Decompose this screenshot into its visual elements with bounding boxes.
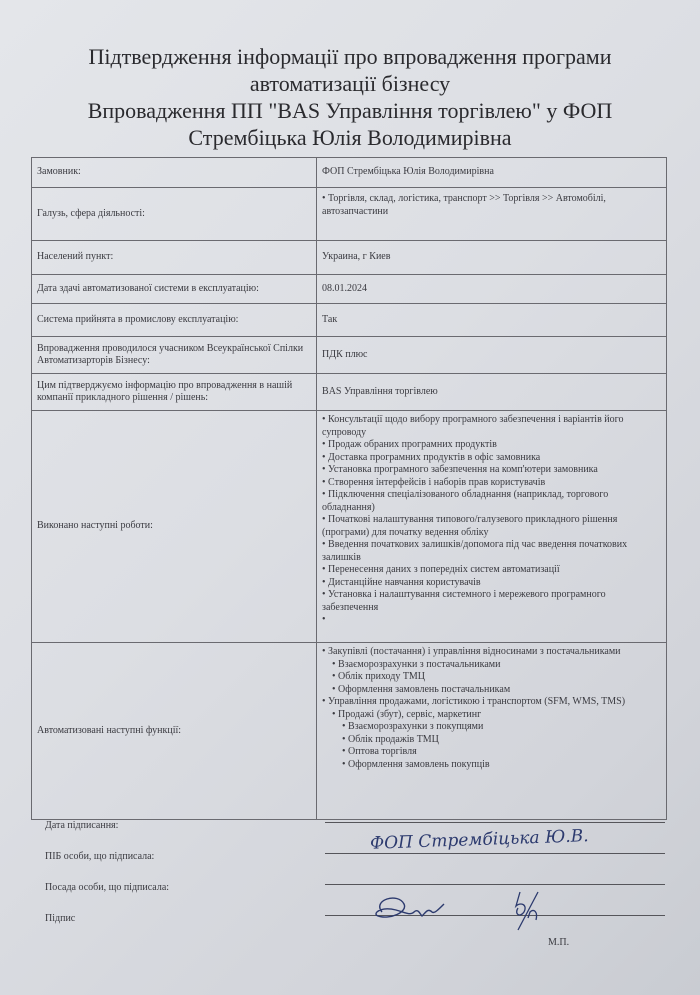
row-functions: Автоматизовані наступні функції: Закупів… [32, 643, 667, 820]
works-item: Введення початкових залишків/допомога пі… [322, 539, 661, 564]
stamp-label: М.П. [548, 937, 569, 948]
works-item [322, 614, 661, 627]
works-item: Консультації щодо вибору програмного заб… [322, 414, 661, 439]
signature-row: Підпис [45, 905, 665, 936]
function-item: Оформлення замовлень постачальникам [322, 684, 661, 697]
works-label: Виконано наступні роботи: [32, 411, 317, 643]
solution-label: Цим підтверджуємо інформацію про впровад… [32, 374, 317, 411]
function-item: Облік продажів ТМЦ [322, 734, 661, 747]
signature-label: Підпис [45, 913, 75, 924]
function-item: Взаєморозрахунки з постачальниками [322, 659, 661, 672]
works-item: Перенесення даних з попередніх систем ав… [322, 564, 661, 577]
industry-label: Галузь, сфера діяльності: [32, 188, 317, 241]
function-item: Продажі (збут), сервіс, маркетинг [322, 709, 661, 722]
city-label: Населений пункт: [32, 241, 317, 275]
functions-label: Автоматизовані наступні функції: [32, 643, 317, 820]
row-industry: Галузь, сфера діяльності: • Торгівля, ск… [32, 188, 667, 241]
row-date: Дата здачі автоматизованої системи в екс… [32, 275, 667, 304]
function-item: Оформлення замовлень покупців [322, 759, 661, 772]
signer-position-label: Посада особи, що підписала: [45, 882, 169, 893]
row-customer: Замовник: ФОП Стрембіцька Юлія Володимир… [32, 158, 667, 188]
implementer-label: Впровадження проводилося учасником Всеук… [32, 337, 317, 374]
title-line-1: Підтвердження інформації про впровадженн… [0, 43, 700, 70]
works-list: Консультації щодо вибору програмного заб… [322, 414, 661, 627]
works-item: Продаж обраних програмних продуктів [322, 439, 661, 452]
accepted-value: Так [317, 304, 667, 337]
function-item: Управління продажами, логістикою і транс… [322, 696, 661, 709]
accepted-label: Система прийнята в промислову експлуатац… [32, 304, 317, 337]
signer-position-row: Посада особи, що підписала: [45, 874, 665, 905]
signing-date-line [325, 822, 665, 823]
works-item: Дистанційне навчання користувачів [322, 577, 661, 590]
row-accepted: Система прийнята в промислову експлуатац… [32, 304, 667, 337]
works-item: Установка і налаштування системного і ме… [322, 589, 661, 614]
function-item: Облік приходу ТМЦ [322, 671, 661, 684]
document-title: Підтвердження інформації про впровадженн… [0, 43, 700, 151]
date-value: 08.01.2024 [317, 275, 667, 304]
row-city: Населений пункт: Украина, г Киев [32, 241, 667, 275]
works-value: Консультації щодо вибору програмного заб… [317, 411, 667, 643]
signer-name-row: ПІБ особи, що підписала: [45, 843, 665, 874]
handwritten-signature-icon [370, 890, 570, 935]
customer-label: Замовник: [32, 158, 317, 188]
solution-value: BAS Управління торгівлею [317, 374, 667, 411]
works-item: Доставка програмних продуктів в офіс зам… [322, 452, 661, 465]
customer-value: ФОП Стрембіцька Юлія Володимирівна [317, 158, 667, 188]
title-line-4: Стрембіцька Юлія Володимирівна [0, 124, 700, 151]
signing-date-label: Дата підписання: [45, 820, 118, 831]
signer-name-label: ПІБ особи, що підписала: [45, 851, 154, 862]
works-item: Початкові налаштування типового/галузево… [322, 514, 661, 539]
date-label: Дата здачі автоматизованої системи в екс… [32, 275, 317, 304]
signature-block: Дата підписання: ПІБ особи, що підписала… [45, 812, 665, 936]
document-page: Підтвердження інформації про впровадженн… [0, 0, 700, 995]
signer-position-line [325, 884, 665, 885]
function-item: Оптова торгівля [322, 746, 661, 759]
works-item: Створення інтерфейсів і наборів прав кор… [322, 477, 661, 490]
implementer-value: ПДК плюс [317, 337, 667, 374]
row-works: Виконано наступні роботи: Консультації щ… [32, 411, 667, 643]
title-line-2: автоматизації бізнесу [0, 70, 700, 97]
city-value: Украина, г Киев [317, 241, 667, 275]
works-item: Установка програмного забезпечення на ко… [322, 464, 661, 477]
works-item: Підключення спеціалізованого обладнання … [322, 489, 661, 514]
function-item: Взаєморозрахунки з покупцями [322, 721, 661, 734]
functions-list: Закупівлі (постачання) і управління відн… [322, 646, 661, 771]
title-line-3: Впровадження ПП "BAS Управління торгівле… [0, 97, 700, 124]
row-solution: Цим підтверджуємо інформацію про впровад… [32, 374, 667, 411]
industry-value: • Торгівля, склад, логістика, транспорт … [317, 188, 667, 241]
functions-value: Закупівлі (постачання) і управління відн… [317, 643, 667, 820]
info-table: Замовник: ФОП Стрембіцька Юлія Володимир… [31, 157, 667, 820]
function-item: Закупівлі (постачання) і управління відн… [322, 646, 661, 659]
row-implementer: Впровадження проводилося учасником Всеук… [32, 337, 667, 374]
